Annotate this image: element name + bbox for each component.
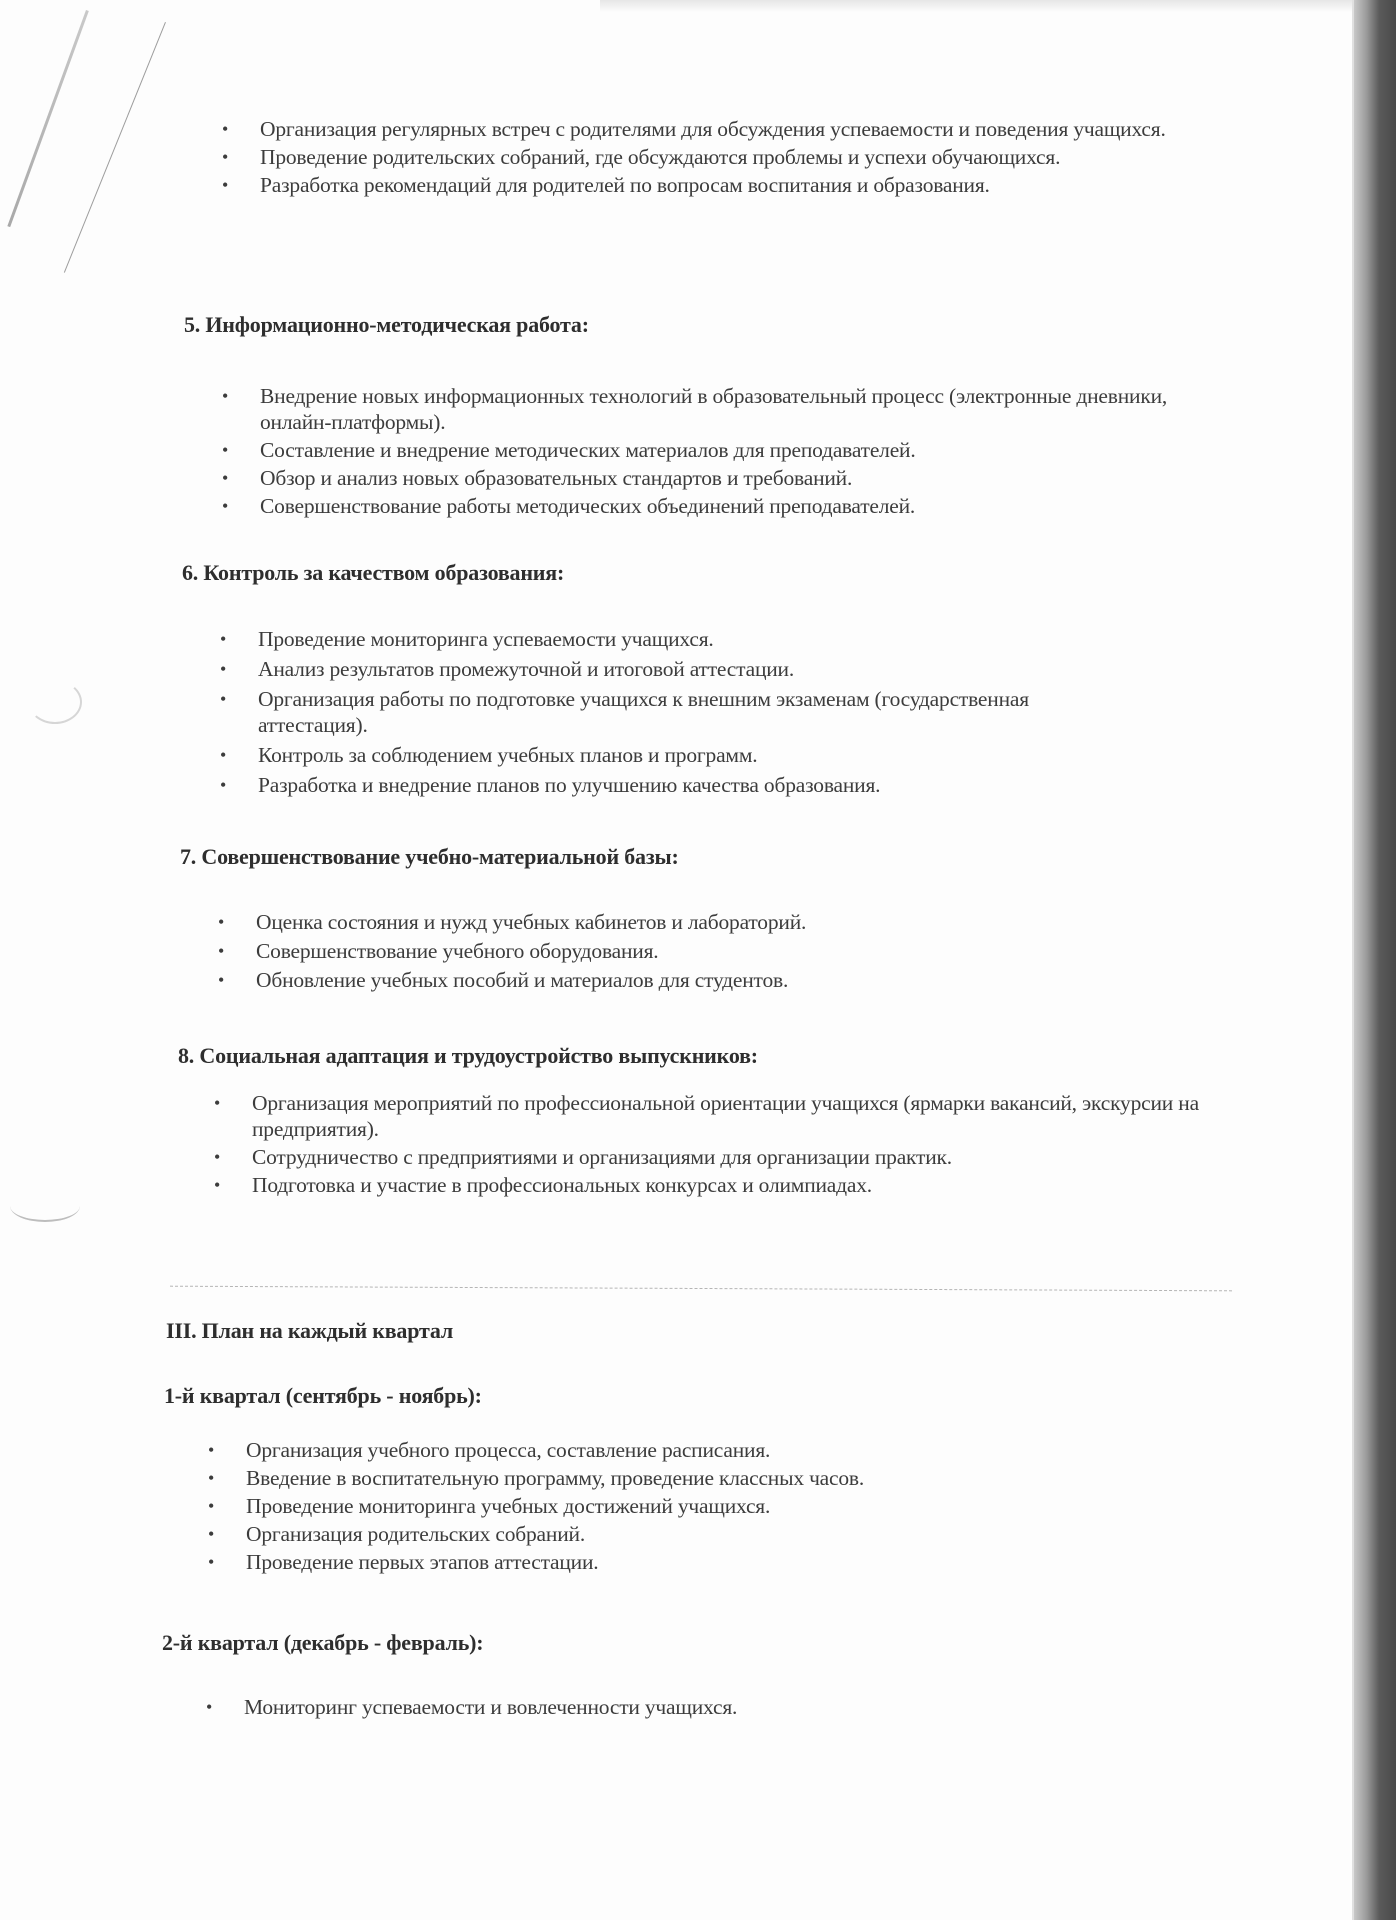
list-item: •Организация мероприятий по профессионал… <box>214 1090 1224 1142</box>
divider <box>170 1286 1232 1292</box>
list-item: •Совершенствование учебного оборудования… <box>218 938 1118 964</box>
list-item: •Обновление учебных пособий и материалов… <box>218 967 1118 993</box>
list-item: •Разработка и внедрение планов по улучше… <box>220 772 1120 798</box>
bullet-icon: • <box>214 1144 220 1170</box>
intro-list: •Организация регулярных встреч с родител… <box>222 116 1222 198</box>
bullet-icon: • <box>206 1694 212 1720</box>
section-7-list: •Оценка состояния и нужд учебных кабинет… <box>218 909 1118 993</box>
scan-scratch <box>7 10 88 227</box>
list-item: •Разработка рекомендаций для родителей п… <box>222 172 1222 198</box>
list-item: •Анализ результатов промежуточной и итог… <box>220 656 1120 682</box>
list-item: •Обзор и анализ новых образовательных ст… <box>222 465 1202 491</box>
bullet-icon: • <box>220 686 226 712</box>
scanned-page: •Организация регулярных встреч с родител… <box>0 0 1396 1920</box>
scan-dark-edge <box>1354 0 1396 1920</box>
scan-smudge <box>10 1190 80 1222</box>
scan-smudge <box>28 680 82 724</box>
bullet-icon: • <box>214 1090 220 1116</box>
bullet-icon: • <box>220 656 226 682</box>
list-item: •Организация родительских собраний. <box>208 1521 1108 1547</box>
list-item: •Сотрудничество с предприятиями и органи… <box>214 1144 1224 1170</box>
scan-shadow <box>600 0 1360 12</box>
section-6-title: 6. Контроль за качеством образования: <box>182 560 564 586</box>
list-item: •Подготовка и участие в профессиональных… <box>214 1172 1224 1198</box>
bullet-icon: • <box>222 116 228 142</box>
section-8-list: •Организация мероприятий по профессионал… <box>214 1090 1224 1198</box>
bullet-icon: • <box>222 465 228 491</box>
section-6-list: •Проведение мониторинга успеваемости уча… <box>220 626 1120 798</box>
list-item: •Организация учебного процесса, составле… <box>208 1437 1108 1463</box>
list-item: •Организация работы по подготовке учащих… <box>220 686 1120 738</box>
scan-edge-highlight <box>1352 0 1354 1920</box>
bullet-icon: • <box>214 1172 220 1198</box>
scan-scratch <box>64 22 166 273</box>
section-5-list: •Внедрение новых информационных технолог… <box>222 383 1202 519</box>
list-item: •Мониторинг успеваемости и вовлеченности… <box>206 1694 1106 1720</box>
bullet-icon: • <box>218 967 224 993</box>
quarter-1-title: 1-й квартал (сентябрь - ноябрь): <box>164 1383 482 1409</box>
list-item: •Внедрение новых информационных технолог… <box>222 383 1202 435</box>
bullet-icon: • <box>220 772 226 798</box>
bullet-icon: • <box>218 909 224 935</box>
list-item: •Организация регулярных встреч с родител… <box>222 116 1222 142</box>
section-8-title: 8. Социальная адаптация и трудоустройств… <box>178 1043 758 1069</box>
bullet-icon: • <box>220 742 226 768</box>
quarter-1-list: •Организация учебного процесса, составле… <box>208 1437 1108 1575</box>
bullet-icon: • <box>208 1465 214 1491</box>
list-item: •Проведение первых этапов аттестации. <box>208 1549 1108 1575</box>
section-7-title: 7. Совершенствование учебно-материальной… <box>180 844 679 870</box>
bullet-icon: • <box>222 144 228 170</box>
list-item: •Проведение мониторинга учебных достижен… <box>208 1493 1108 1519</box>
list-item: •Проведение родительских собраний, где о… <box>222 144 1160 170</box>
bullet-icon: • <box>220 626 226 652</box>
part-3-title: III. План на каждый квартал <box>166 1318 453 1344</box>
bullet-icon: • <box>208 1437 214 1463</box>
bullet-icon: • <box>208 1521 214 1547</box>
list-item: •Совершенствование работы методических о… <box>222 493 1202 519</box>
list-item: •Составление и внедрение методических ма… <box>222 437 1202 463</box>
quarter-2-title: 2-й квартал (декабрь - февраль): <box>162 1630 483 1656</box>
list-item: •Введение в воспитательную программу, пр… <box>208 1465 1108 1491</box>
bullet-icon: • <box>208 1549 214 1575</box>
bullet-icon: • <box>222 437 228 463</box>
quarter-2-list: •Мониторинг успеваемости и вовлеченности… <box>206 1694 1106 1720</box>
section-5-title: 5. Информационно-методическая работа: <box>184 312 589 338</box>
bullet-icon: • <box>208 1493 214 1519</box>
bullet-icon: • <box>222 172 228 198</box>
list-item: •Проведение мониторинга успеваемости уча… <box>220 626 1120 652</box>
bullet-icon: • <box>222 493 228 519</box>
list-item: •Оценка состояния и нужд учебных кабинет… <box>218 909 1118 935</box>
bullet-icon: • <box>222 383 228 409</box>
list-item: •Контроль за соблюдением учебных планов … <box>220 742 1120 768</box>
bullet-icon: • <box>218 938 224 964</box>
